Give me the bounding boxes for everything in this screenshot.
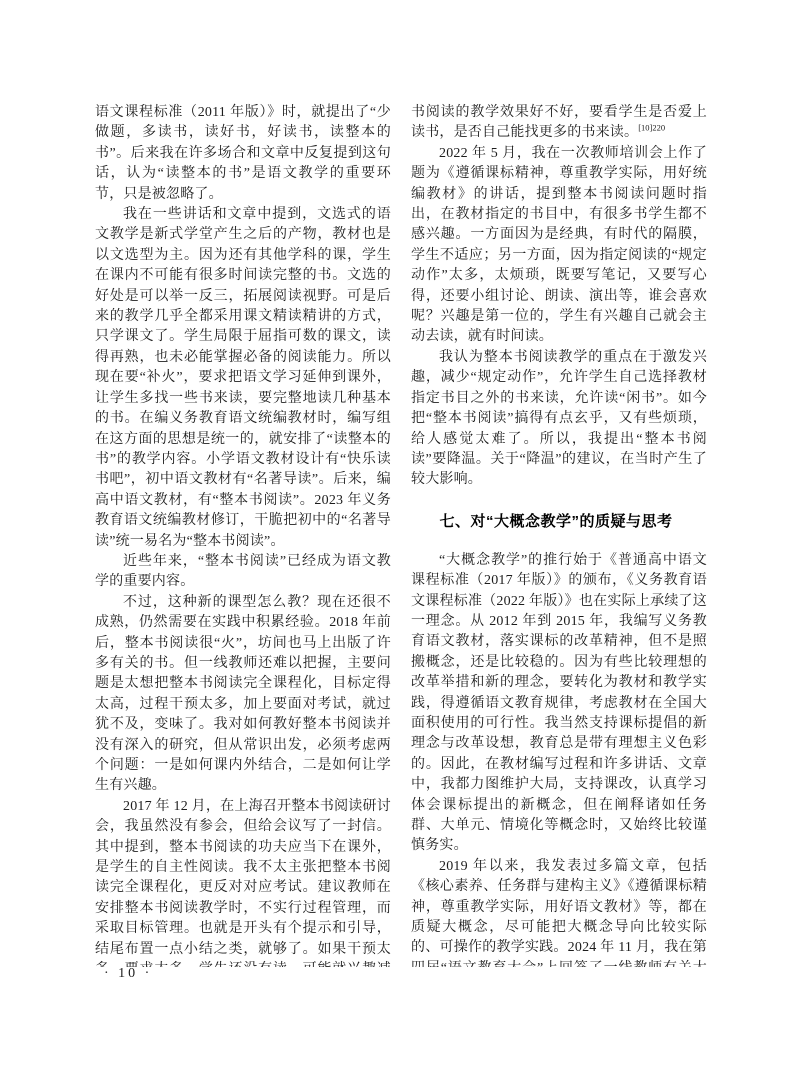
book-page: 语文课程标准（2011 年版）》时，就提出了“少做题，多读书，读好书，好读书，读… <box>0 0 800 1077</box>
paragraph-continuation: 语文课程标准（2011 年版）》时，就提出了“少做题，多读书，读好书，好读书，读… <box>95 103 391 205</box>
paragraph: 不过，这种新的课型怎么教？现在还很不成熟，仍然需要在实践中积累经验。2018 年… <box>95 593 391 797</box>
paragraph: 我在一些讲话和文章中提到，文选式的语文教学是新式学堂产生之后的产物，教材也是以文… <box>95 205 391 552</box>
section-heading: 七、对“大概念教学”的质疑与思考 <box>411 512 707 532</box>
paragraph: 2017 年 12 月，在上海召开整本书阅读研讨会，我虽然没有参会，但给会议写了… <box>95 797 391 967</box>
page-number: · 10 · <box>104 966 152 982</box>
paragraph: 2022 年 5 月，我在一次教师培训会上作了题为《遵循课标精神，尊重教学实际，… <box>411 144 707 348</box>
text-columns: 语文课程标准（2011 年版）》时，就提出了“少做题，多读书，读好书，好读书，读… <box>95 103 707 967</box>
paragraph: 我认为整本书阅读教学的重点在于激发兴趣，减少“规定动作”，允许学生自己选择教材指… <box>411 348 707 491</box>
paragraph-continuation: 书阅读的教学效果好不好，要看学生是否爱上读书，是否自己能找更多的书来读。[10]… <box>411 103 707 144</box>
paragraph: 近些年来，“整本书阅读”已经成为语文教学的重要内容。 <box>95 552 391 593</box>
left-column: 语文课程标准（2011 年版）》时，就提出了“少做题，多读书，读好书，好读书，读… <box>95 103 391 967</box>
right-column: 书阅读的教学效果好不好，要看学生是否爱上读书，是否自己能找更多的书来读。[10]… <box>411 103 707 967</box>
paragraph: 2019 年以来，我发表过多篇文章，包括《核心素养、任务群与建构主义》《遵循课标… <box>411 857 707 967</box>
paragraph-text: 2019 年以来，我发表过多篇文章，包括《核心素养、任务群与建构主义》《遵循课标… <box>411 859 707 967</box>
paragraph: “大概念教学”的推行始于《普通高中语文课程标准（2017 年版）》的颁布，《义务… <box>411 551 707 857</box>
footnote-reference: [10]220 <box>638 123 665 133</box>
